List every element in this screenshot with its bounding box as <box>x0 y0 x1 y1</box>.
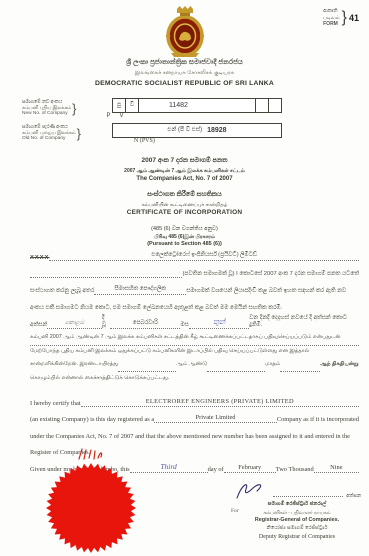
act-english: The Companies Act, No. 7 of 2007 <box>0 175 369 183</box>
company-name-sinhala-blank: එලෙක්ට්‍රෝරෙෆ් ඉංජිනියර්ස් (ප්‍රයිවට්) ල… <box>49 253 359 261</box>
republic-header: ශ්‍රී ලංකා ප්‍රජාතාන්ත්‍රික සමාජවාදී ජනර… <box>0 59 369 87</box>
sinhala-blank-line2 <box>30 277 182 278</box>
year-value: Nine <box>330 464 342 471</box>
sinhala-line3-start: සංස්ථාගත කරනු ලැබූ අතර <box>30 288 94 295</box>
new-number-value: 11482 <box>139 99 256 112</box>
company-name-blank: ELECTROREF ENGINEERS (PRIVATE) LIMITED <box>81 399 359 407</box>
tamil-line3-mid2: மாதம் <box>265 358 280 372</box>
year-blank: Nine <box>314 465 359 473</box>
form-number: 41 <box>349 13 359 23</box>
registrar-general-tamil: கம்பனிகள் - பதிவாளர் நாயகம் <box>233 510 361 516</box>
tamil-line4: கொழும்பில் என்னால் கைச்சாத்திட்டுக் கொடு… <box>30 372 359 386</box>
sinhala-line5-hand1: කොළඹ <box>65 320 84 326</box>
sinhala-line5-blank1: කොළඹ <box>47 321 102 329</box>
month-value: February <box>238 464 261 471</box>
tamil-line1: கம்பனி 2007 ஆம் ஆண்டின் 7 ஆம் இலக்க கம்ப… <box>30 331 359 345</box>
old-number-value: 18928 <box>207 127 226 134</box>
tamil-line3-start: சான்றளிக்கின்றேன். இரண்டாயிரத்து <box>30 358 118 372</box>
registered-as-blank: Private Limited <box>154 415 277 423</box>
form-badge: ආකෘති படிவம் FORM } 41 <box>323 8 359 28</box>
sinhala-line5-mid1: දී වූ <box>102 315 110 329</box>
english-line2-start: (an existing Company) is this day regist… <box>30 416 154 423</box>
month-blank: February <box>224 465 276 473</box>
act-sinhala: 2007 අංක 7 දරන සමාගම් පනත <box>0 157 369 166</box>
sinhala-line5-hand2: තුන් <box>213 317 225 326</box>
sinhala-line5-blank3: තුන් <box>189 318 250 329</box>
registrar-general-sinhala: සමාගම් රෙජිස්ට්‍රාර් ජනරාල් <box>233 501 361 508</box>
new-number-empty-cell-1 <box>256 99 269 112</box>
english-line2-end: Company as if it is incorporated <box>277 416 359 423</box>
act-tamil: 2007 ஆம் ஆண்டின் 7 ஆம் இலக்க கம்பனிகள் ச… <box>0 168 369 175</box>
old-number-box: එන් (පී වී එස්) 18928 <box>112 123 282 138</box>
sinhala-line5-blank2: පෙබරවාරි <box>110 321 180 329</box>
sinhala-line4: අංකය එකී සමාගමට නියම කොට, එම සමාගම් ලේඛන… <box>30 305 282 312</box>
title-sinhala: සංස්ථාගත කිරීමේ සහතිකය <box>0 191 369 200</box>
registered-as-value: Private Limited <box>196 414 236 421</box>
day-blank: Third <box>130 463 208 473</box>
new-number-prefix-cell-1: පු <box>113 99 126 112</box>
signature-dotted-line <box>273 496 343 497</box>
new-label-brace: } <box>72 101 76 116</box>
new-number-empty-cell-2 <box>269 99 281 112</box>
signature-block: අත්සන For සමාගම් රෙජිස්ට්‍රාර් ජනරාල් கம… <box>233 480 361 540</box>
sri-lanka-emblem-icon <box>161 5 209 63</box>
sinhala-line5-end: වන දිනදී දෙදහස් නවයේ දී අත්සන් කොට දුනිම… <box>249 315 359 329</box>
form-brace: } <box>342 9 347 27</box>
official-red-seal <box>46 463 136 556</box>
title-tamil: கம்பனியின் கூட்டிணைப்புச் சான்றிதழ் <box>0 202 369 209</box>
header-english: DEMOCRATIC SOCIALIST REPUBLIC OF SRI LAN… <box>0 80 369 87</box>
new-label-english: New No. of Company <box>22 111 71 117</box>
tamil-line3-blank2 <box>207 371 265 372</box>
old-number-label: සමාගමේ පැරණි අංකය கம்பனி பழைய இலக்கம் Ol… <box>22 123 102 144</box>
sinhala-line3-blank: සීමාසහිත පෞද්ගලික <box>94 287 186 295</box>
tamil-line3-mid1: ஆம் ஆண்டு <box>176 358 207 372</box>
old-number-latin: N (PVS) <box>134 138 282 144</box>
headings: 2007 අංක 7 දරන සමාගම් පනත 2007 ஆம் ஆண்டி… <box>0 157 369 248</box>
new-number-row: සමාගමේ නව අංකය கம்பனி புதிய இலக்கம் New … <box>22 98 282 119</box>
deputy-registrar-english: Deputy Registrar of Companies <box>233 534 361 540</box>
registrar-general-english: Registrar-General of Companies. <box>233 517 361 523</box>
form-label-english: FORM <box>323 21 340 28</box>
sinhala-line5-month: පෙබරවාරි <box>133 320 158 326</box>
deputy-registrar-sinhala: නියෝජ්‍ය සමාගම් රෙජිස්ට්‍රාර් <box>233 525 361 532</box>
old-label-sinhala: සමාගමේ පැරණි අංකය <box>22 125 76 131</box>
english-line5-mid1: day of <box>208 466 224 473</box>
header-tamil: இலங்கைச் சனநாயக சோசலிசக் குடியரசு <box>0 70 369 77</box>
company-name-english: ELECTROREF ENGINEERS (PRIVATE) LIMITED <box>146 398 294 405</box>
certificate-page: ආකෘති படிவம் FORM } 41 ශ්‍රී ලංකා ප්‍රජා… <box>0 0 369 556</box>
company-name-sinhala: එලෙක්ට්‍රෝරෙෆ් ඉංජිනියර්ස් (ප්‍රයිවට්) ල… <box>151 252 257 258</box>
sinhala-line3-end: සමාගමක් වශයෙන් ලියාපදිංචි කළ බවත් ඉහත සඳ… <box>186 288 346 295</box>
new-number-prefix-cell-2: වි <box>126 99 139 112</box>
section-sinhala: (485 (6) වන වගන්තිය අනුව) <box>0 226 369 233</box>
crossed-out-text: XXXX <box>30 255 49 261</box>
header-sinhala: ශ්‍රී ලංකා ප්‍රජාතාන්ත්‍රික සමාජවාදී ජනර… <box>0 59 369 67</box>
new-number-box: පු වි 11482 <box>112 98 282 113</box>
signature-label: අත්සන <box>346 493 361 499</box>
tamil-line3-end: ஆந் திகதியன்று <box>320 358 358 372</box>
new-number-latin-p: P <box>102 113 115 119</box>
for-text: For <box>231 508 239 514</box>
certify-start: I hereby certify that <box>30 400 81 407</box>
sinhala-line5-mid2: මස <box>180 322 188 329</box>
title-english: CERTIFICATE OF INCORPORATION <box>0 209 369 218</box>
sinhala-line3-value: සීමාසහිත පෞද්ගලික <box>114 286 166 292</box>
sinhala-line2: (පවතින සමාගමක් වූ) I කොටසේ 2007 අංක 7 දර… <box>182 271 359 278</box>
day-value-handwritten: Third <box>160 462 176 471</box>
new-number-latin-v: V <box>115 113 128 119</box>
old-label-brace: } <box>77 126 81 141</box>
english-line5-mid2: Two Thousand <box>276 466 314 473</box>
form-label-sinhala: ආකෘති <box>323 8 340 15</box>
sinhala-line5-start: අත්සන් <box>30 322 47 329</box>
tamil-paragraph: கம்பனி 2007 ஆம் ஆண்டின் 7 ஆம் இலக்க கம்ப… <box>30 331 359 385</box>
old-label-english: Old No. of Company <box>22 136 76 142</box>
signature-icon <box>233 480 267 502</box>
old-number-prefix: එන් (පී වී එස්) <box>167 127 202 134</box>
new-number-label: සමාගමේ නව අංකය கம்பனி புதிய இலக்கம் New … <box>22 98 102 119</box>
english-line3: under the Companies Act, No. 7 of 2007 a… <box>30 433 350 440</box>
old-number-row: සමාගමේ පැරණි අංකය கம்பனி பழைய இலக்கம் Ol… <box>22 123 282 144</box>
section-tamil: பிரிவு 485 (6)இன் பிரகாரம் <box>0 234 369 241</box>
tamil-line2: மேற்போந்த புதிய கம்பனி இலக்கம் ஒதுக்கப்ப… <box>30 345 359 359</box>
tamil-line3-blank3 <box>280 371 320 372</box>
